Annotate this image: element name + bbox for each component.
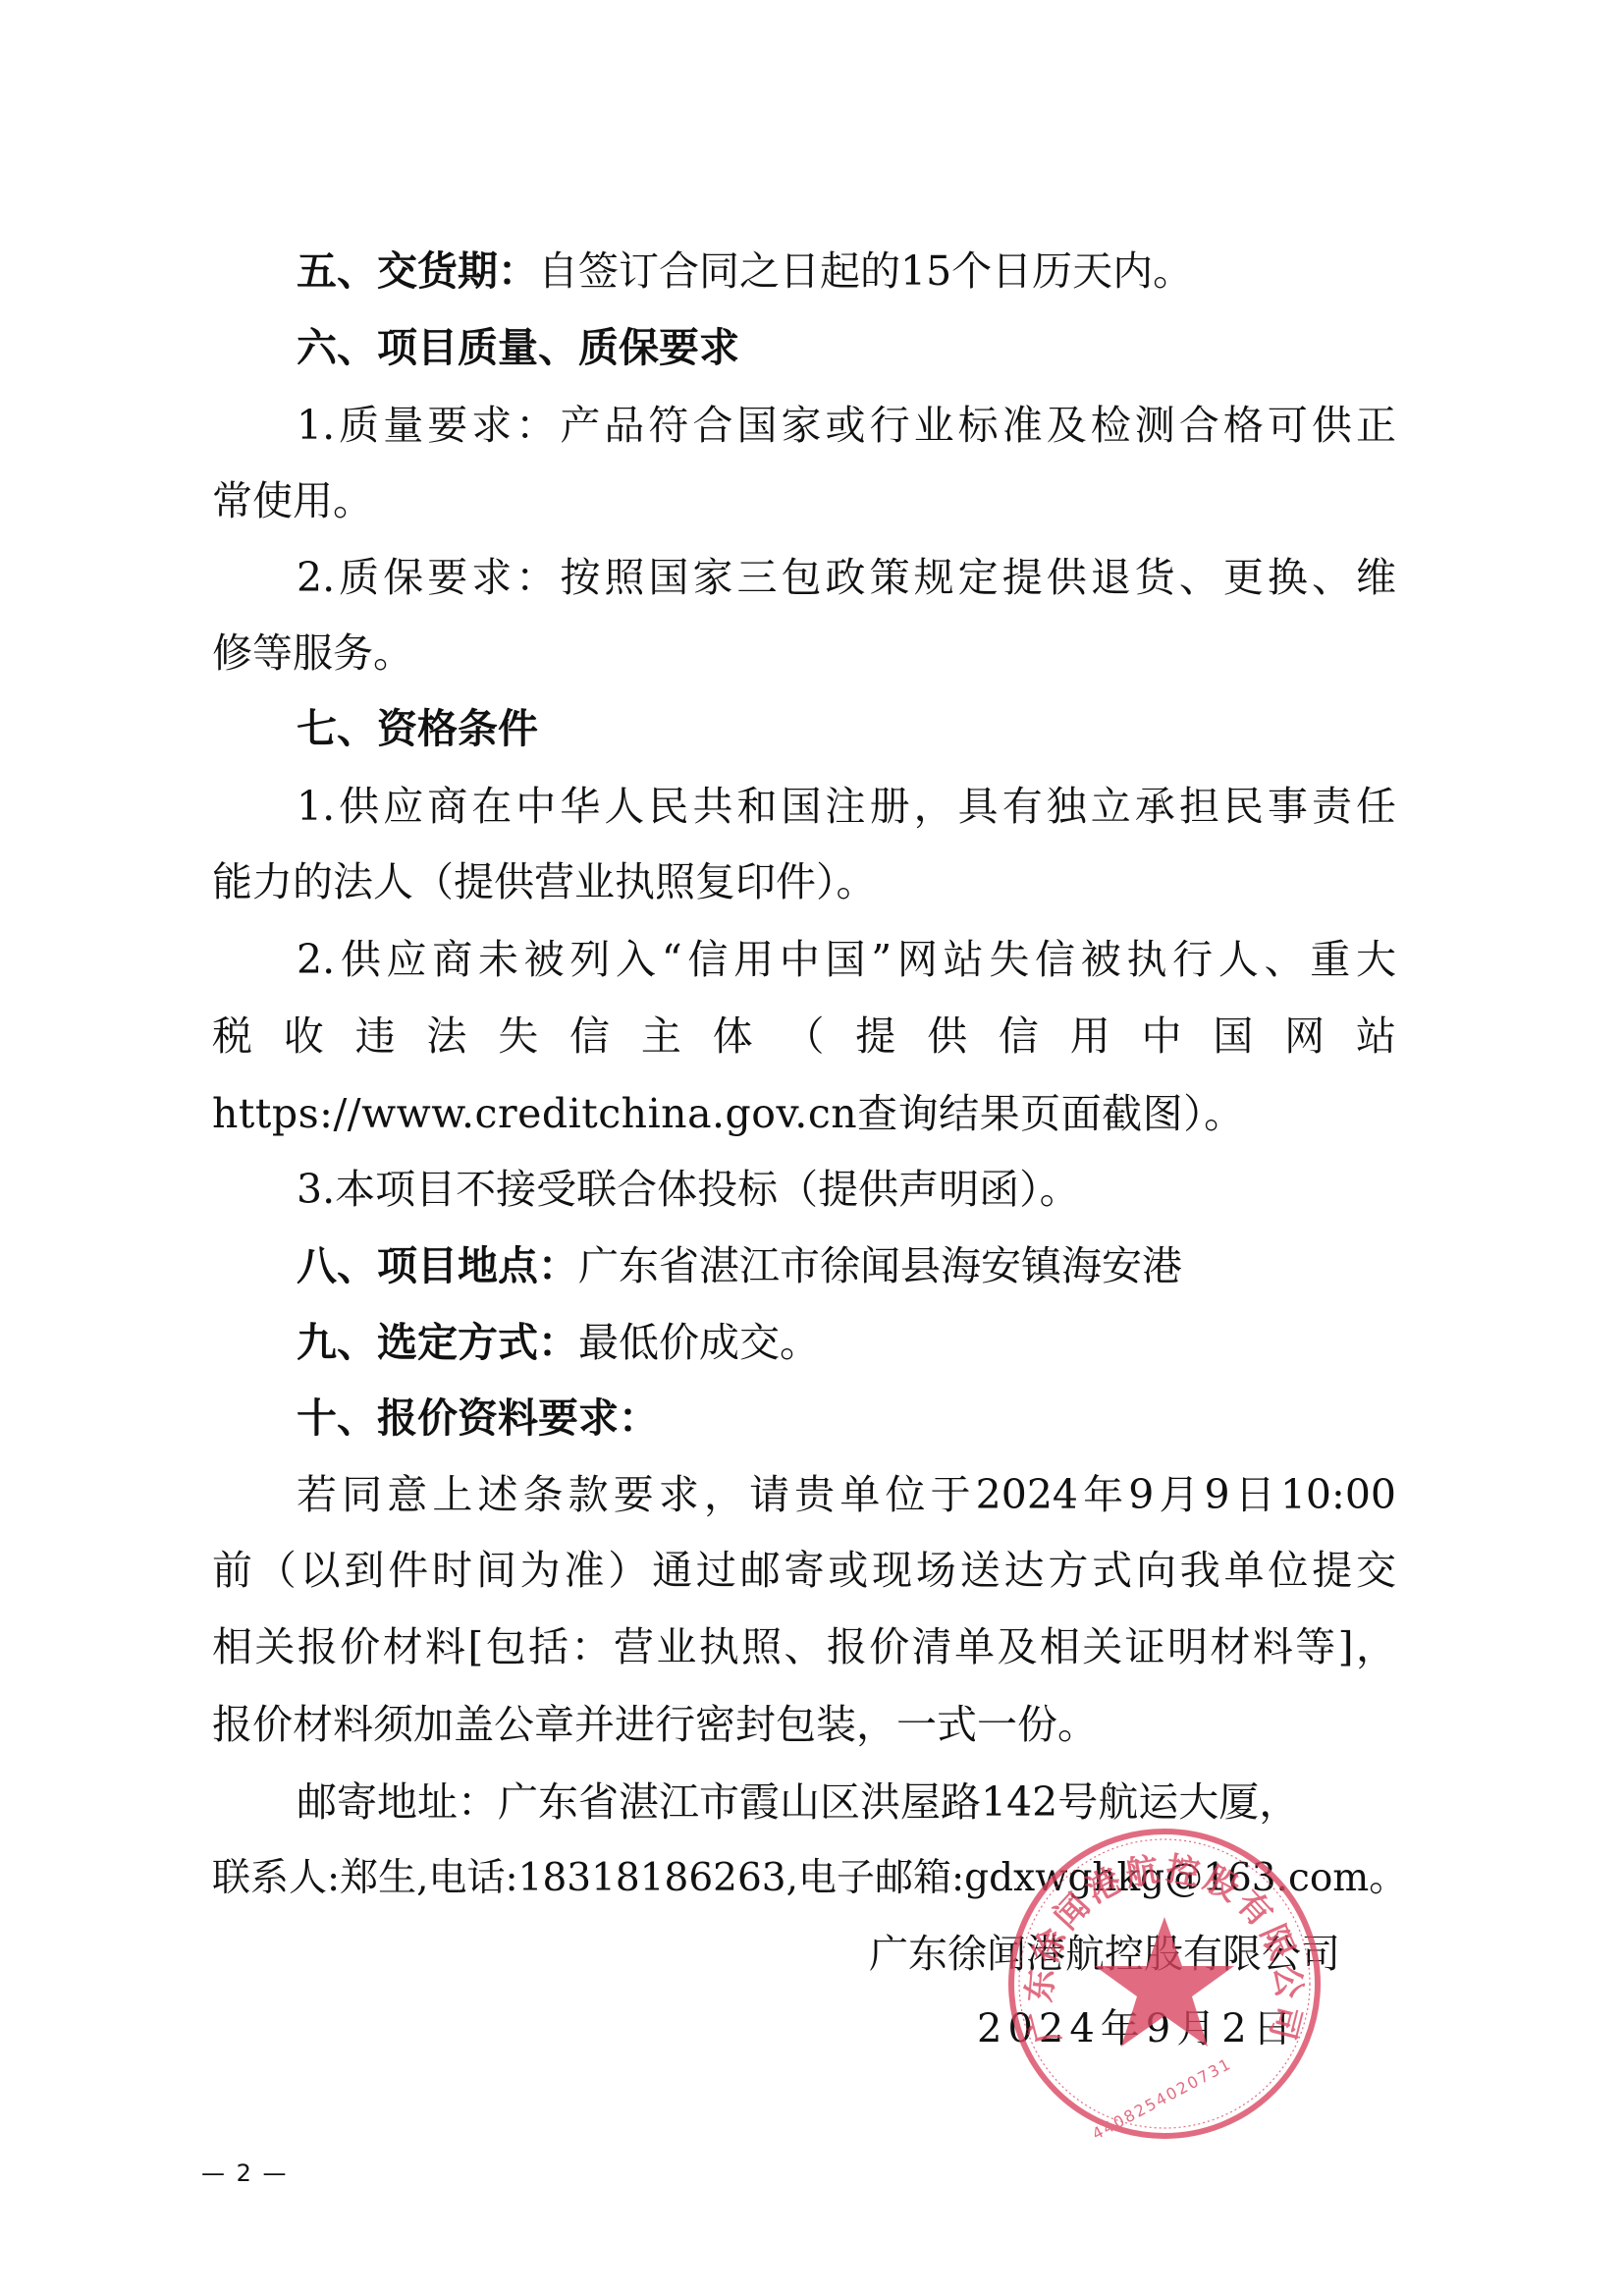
signature-date: 2024年9月2日 [977, 2001, 1298, 2056]
page-number: — 2 — [201, 2159, 289, 2188]
quality-item-2-line-1: 2.质保要求：按照国家三包政策规定提供退货、更换、维 [297, 550, 1396, 605]
mailing-address: 邮寄地址：广东省湛江市霞山区洪屋路142号航运大厦， [297, 1775, 1377, 1830]
selection-line: 九、选定方式：最低价成交。 [297, 1315, 1396, 1370]
delivery-line: 五、交货期：自签订合同之日起的15个日历天内。 [297, 244, 1396, 299]
delivery-label: 五、交货期： [297, 247, 538, 295]
quote-paragraph-line-1: 若同意上述条款要求，请贵单位于2024年9月9日10:00 [297, 1467, 1396, 1522]
qualification-heading: 七、资格条件 [297, 701, 1396, 756]
quality-item-1-line-1: 1.质量要求：产品符合国家或行业标准及检测合格可供正 [297, 398, 1396, 453]
svg-text:4408254020731: 4408254020731 [1089, 2054, 1235, 2141]
quote-paragraph-line-3: 相关报价材料[包括：营业执照、报价清单及相关证明材料等]， [212, 1619, 1396, 1674]
qualification-item-1-line-1: 1.供应商在中华人民共和国注册，具有独立承担民事责任 [297, 779, 1396, 834]
qualification-item-3: 3.本项目不接受联合体投标（提供声明函）。 [297, 1162, 1396, 1217]
location-label: 八、项目地点： [297, 1242, 578, 1289]
mailing-contact: 联系人:郑生,电话:18318186263,电子邮箱:gdxwghkg@163.… [212, 1851, 1405, 1906]
signature-company: 广东徐闻港航控股有限公司 [869, 1927, 1340, 1982]
quality-item-1-line-2: 常使用。 [212, 473, 1396, 528]
quality-item-2-line-2: 修等服务。 [212, 626, 1396, 681]
qualification-item-2-line-1: 2.供应商未被列入“信用中国”网站失信被执行人、重大 [297, 932, 1396, 987]
selection-value: 最低价成交。 [578, 1319, 820, 1366]
qualification-item-1-line-2: 能力的法人（提供营业执照复印件）。 [212, 854, 1396, 909]
quality-heading: 六、项目质量、质保要求 [297, 320, 1396, 375]
document-page: 五、交货期：自签订合同之日起的15个日历天内。 六、项目质量、质保要求 1.质量… [0, 0, 1623, 2296]
qualification-item-2-line-2: 税收违法失信主体（提供信用中国网站 [212, 1009, 1396, 1064]
delivery-value: 自签订合同之日起的15个日历天内。 [538, 247, 1193, 295]
selection-label: 九、选定方式： [297, 1319, 578, 1366]
quote-paragraph-line-4: 报价材料须加盖公章并进行密封包装，一式一份。 [212, 1697, 1396, 1752]
qualification-item-2-line-3: https://www.creditchina.gov.cn查询结果页面截图）。 [212, 1086, 1396, 1141]
quote-heading: 十、报价资料要求： [297, 1391, 1396, 1446]
location-value: 广东省湛江市徐闻县海安镇海安港 [578, 1242, 1182, 1289]
quote-paragraph-line-2: 前（以到件时间为准）通过邮寄或现场送达方式向我单位提交 [212, 1543, 1396, 1598]
location-line: 八、项目地点：广东省湛江市徐闻县海安镇海安港 [297, 1238, 1396, 1293]
